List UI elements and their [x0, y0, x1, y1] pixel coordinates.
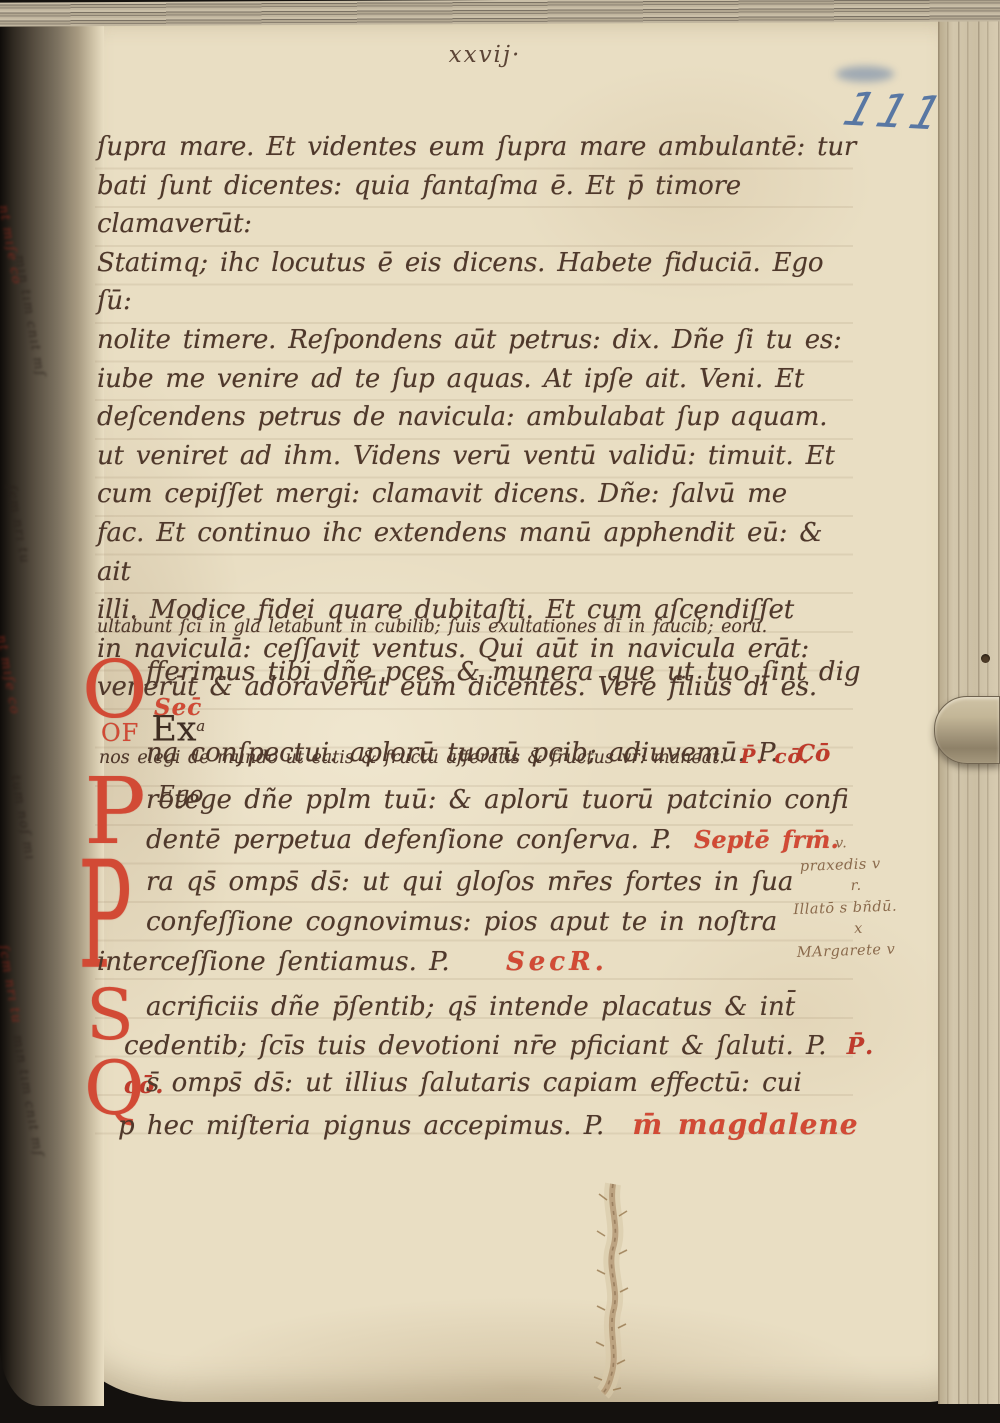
text-line: acrificiis dñe p̄ſentib; qs̄ intende pla…	[146, 988, 906, 1027]
text-line: iube me venire ad te ſup aquas. At ipſe …	[97, 360, 857, 399]
text-line: dentē perpetua defenſione conſerva. P. S…	[146, 820, 866, 860]
text-line: ut veniret ad ihm. Videns verū ventū val…	[97, 437, 857, 476]
text-line-body: cedentib; ſcīs tuis devotioni nr̄e pfici…	[124, 1031, 827, 1061]
text-line-body: interceſſione ſentiamus. P.	[97, 947, 450, 977]
text-line-body: dentē perpetua defenſione conſerva. P.	[146, 825, 672, 855]
prayer-presta: ra qs̄ omps̄ ds̄: ut qui gloſos mr̄es fo…	[146, 862, 866, 982]
parchment-repair-seam	[583, 1178, 643, 1400]
text-line-body: nos elegi de mundo ut eatis & fructū aff…	[99, 748, 725, 768]
prayer-quesumus: s̄ omps̄ ds̄: ut illius ſalutaris capiam…	[146, 1062, 886, 1147]
text-line: Statimq; ihc locutus ē eis dicens. Habet…	[97, 244, 857, 321]
book-clasp	[934, 696, 1000, 764]
gutter-text-fragment: mın tım cnıt mſ	[9, 1034, 62, 1253]
text-line: p hec miſteria pignus accepimus. P. m̄ m…	[118, 1104, 886, 1147]
text-line: bati ſunt dicentes: quia fantaſma ē. Et …	[97, 167, 857, 244]
offertory-chant-line: ultabunt ſcī in glā letabunt in cubilib;…	[97, 617, 842, 637]
text-line: s̄ omps̄ ds̄: ut illius ſalutaris capiam…	[146, 1062, 886, 1104]
secreta-rubric: Sec̄	[154, 694, 202, 721]
text-line: ra qs̄ omps̄ ds̄: ut qui gloſos mr̄es fo…	[146, 862, 866, 902]
gutter-text-fragment: mın tım cnıt mſ	[11, 254, 64, 473]
manuscript-photo: nt mıſe co mın tım cnıt mſ ſcm nrı tu nt…	[0, 0, 1000, 1423]
clasp-rivet	[981, 654, 990, 663]
text-line: nolite timere. Reſpondens aūt petrus: di…	[97, 321, 857, 360]
text-line: fferimus tibi dñe pces & munera que ut t…	[146, 652, 866, 733]
text-line-body: fferimus tibi dñe pces & munera que ut t…	[146, 657, 861, 687]
text-line: interceſſione ſentiamus. P. SecR.	[97, 942, 866, 982]
initial-O: O	[82, 650, 148, 730]
secreta-rubric: SecR.	[506, 947, 608, 977]
text-line: rotege dñe pplm tuū: & aplorū tuorū patc…	[146, 780, 866, 820]
prayer-protege: rotege dñe pplm tuū: & aplorū tuorū patc…	[146, 780, 866, 860]
feast-rubric-magdalene: m̄ magdalene	[633, 1108, 859, 1141]
text-line-body: p hec miſteria pignus accepimus. P.	[118, 1111, 604, 1141]
postcommunio-rubric: P̄. cō.	[740, 744, 809, 768]
text-line: ſupra mare. Et videntes eum ſupra mare a…	[97, 128, 857, 167]
folio-number-roman: xxvij·	[380, 42, 590, 68]
text-line: deſcendens petrus de navicula: ambulabat…	[97, 398, 857, 437]
text-line: cum cepiſſet mergi: clamavit dicens. Dñe…	[97, 475, 857, 514]
communio-chant-line: nos elegi de mundo ut eatis & fructū aff…	[99, 744, 844, 768]
text-line: confeſſione cognovimus: pios aput te in …	[146, 902, 866, 942]
pencil-smudge	[836, 66, 894, 82]
text-line: fac. Et continuo ihc extendens manū apph…	[97, 514, 857, 591]
